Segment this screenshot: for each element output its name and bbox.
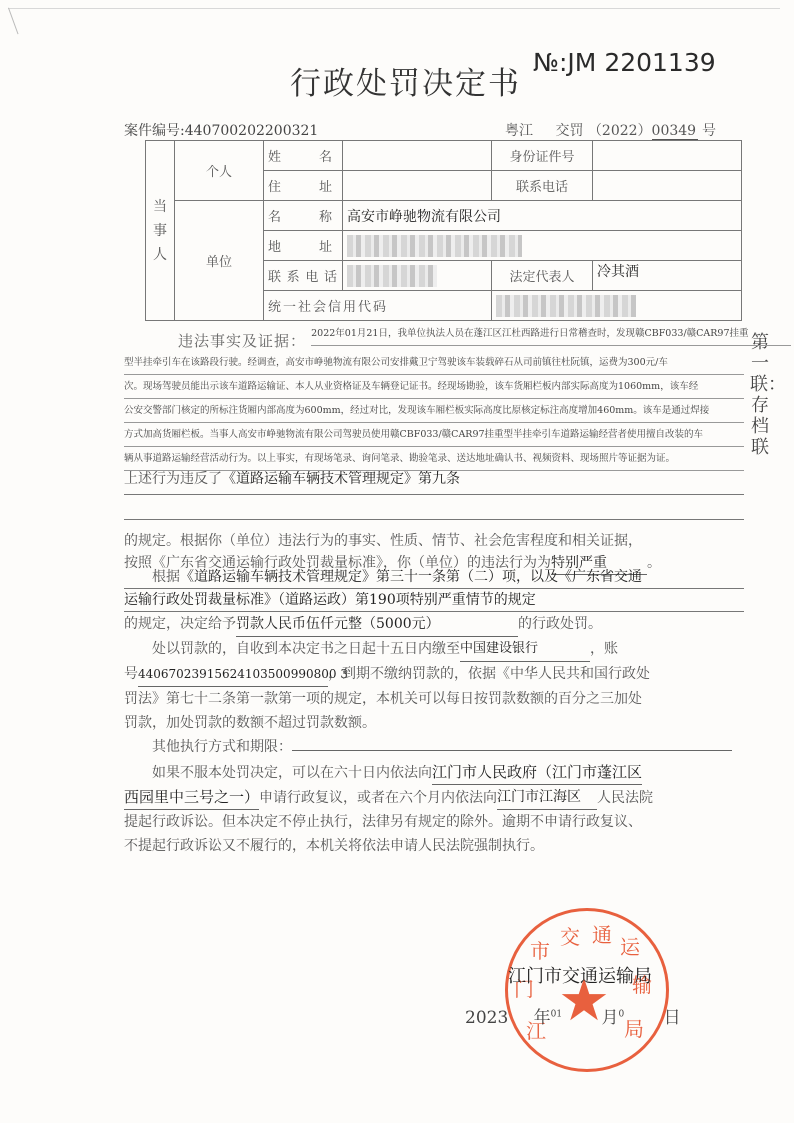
- party-group-label: 当事人: [146, 141, 175, 321]
- court-name: 江门市江海区: [497, 785, 597, 810]
- legal-rep-value: 冷其酒: [593, 261, 742, 291]
- individual-phone-label: 联系电话: [492, 171, 593, 201]
- case-number: 案件编号:440700202200321: [124, 120, 318, 140]
- case-number-value: 440700202200321: [185, 123, 319, 139]
- facts-line: 2022年01月21日，我单位执法人员在蓬江区江杜西路进行日常稽查时，发现赣CB…: [311, 322, 791, 346]
- ref-number: 00349: [652, 123, 698, 140]
- redacted-address: [347, 235, 522, 257]
- penalty-decision: 罚款人民币伍仟元整（5000元）: [236, 612, 518, 637]
- document-title: 行政处罚决定书: [290, 58, 521, 103]
- issuing-organization: 江门市交通运输局: [508, 962, 652, 988]
- serial-number: №:JM 2201139: [533, 48, 716, 77]
- violation-section: 上述行为违反了《道路运输车辆技术管理规定》第九条 的规定。根据你（单位）违法行为…: [124, 468, 744, 575]
- facts-line: 次。现场驾驶员能出示该车道路运输证、本人从业资格证及车辆登记证书。经现场勘验，该…: [124, 375, 744, 399]
- individual-name-label: 姓 名: [264, 141, 343, 171]
- review-authority-address: 西园里中三号之一）: [124, 785, 259, 810]
- violation-text: 的规定。根据你（单位）违法行为的事实、性质、情节、社会危害程度和相关证据，: [124, 530, 744, 552]
- official-seal: 交 通 运 输 局 市 门 江 ★: [505, 908, 669, 1072]
- unit-name-label: 名 称: [264, 201, 343, 231]
- party-table: 当事人 个人 姓 名 身份证件号 住 址 联系电话 单位 名 称 高安市峥驰物流…: [145, 140, 742, 321]
- redacted-credit-code: [496, 295, 636, 317]
- facts-section: 违法事实及证据： 2022年01月21日，我单位执法人员在蓬江区江杜西路进行日常…: [124, 322, 744, 471]
- individual-phone-value: [593, 171, 742, 201]
- other-execution-value: [292, 750, 732, 751]
- copy-label: 第一联：存档联: [750, 332, 770, 458]
- credit-code-value: [492, 291, 742, 321]
- credit-code-label: 统一社会信用代码: [264, 291, 492, 321]
- ref-middle: 交罚: [555, 123, 583, 139]
- penalty-basis: 《道路运输车辆技术管理规定》第三十一条第（二）项，以及《广东省交通: [180, 569, 642, 585]
- unit-label: 单位: [175, 201, 264, 321]
- facts-line: 型半挂牵引车在该路段行驶。经调查，高安市峥驰物流有限公司安排戴卫宁驾驶该车装载碎…: [124, 351, 744, 375]
- issue-date: 2023 年01 月0 日: [465, 1003, 681, 1028]
- facts-line: 公安交警部门核定的所标注货厢内部高度为600mm，经过对比，发现该车厢栏板实际高…: [124, 399, 744, 423]
- individual-address-value: [343, 171, 492, 201]
- unit-phone-value: [343, 261, 492, 291]
- individual-id-label: 身份证件号: [492, 141, 593, 171]
- penalty-section: 根据《道路运输车辆技术管理规定》第三十一条第（二）项，以及《广东省交通 运输行政…: [124, 566, 744, 759]
- penalty-basis-2: 运输行政处罚裁量标准》（道路运政）第190项特别严重情节的规定: [124, 589, 744, 612]
- unit-address-value: [343, 231, 742, 261]
- facts-label: 违法事实及证据：: [178, 332, 306, 350]
- appeal-section: 如果不服本处罚决定，可以在六十日内依法向江门市人民政府（江门市蓬江区 西园里中三…: [124, 760, 744, 858]
- unit-address-label: 地 址: [264, 231, 343, 261]
- paper-fold: [8, 8, 19, 35]
- individual-label: 个人: [175, 141, 264, 201]
- redacted-phone: [347, 265, 437, 287]
- ref-suffix: 号: [702, 123, 716, 139]
- bank-name: 中国建设银行: [460, 637, 590, 662]
- legal-rep-label: 法定代表人: [492, 261, 593, 291]
- ref-year: （2022）: [588, 123, 652, 139]
- account-number: 44067023915624103500990800 3: [138, 662, 328, 687]
- blank-line: [124, 495, 744, 520]
- other-execution-label: 其他执行方式和期限：: [152, 739, 292, 755]
- individual-name-value: [343, 141, 492, 171]
- review-authority: 江门市人民政府（江门市蓬江区: [432, 760, 642, 785]
- individual-id-value: [593, 141, 742, 171]
- facts-line: 方式加高货厢栏板。当事人高安市峥驰物流有限公司驾驶员使用赣CBF033/赣CAR…: [124, 423, 744, 447]
- violation-prefix: 上述行为违反了: [124, 471, 222, 487]
- individual-address-label: 住 址: [264, 171, 343, 201]
- unit-name-value: 高安市峥驰物流有限公司: [343, 201, 742, 231]
- paper-edge: [8, 8, 780, 9]
- case-number-label: 案件编号:: [124, 123, 185, 139]
- document-reference: 粤江 交罚 （2022）00349 号: [505, 120, 716, 141]
- unit-phone-label: 联系电话: [264, 261, 343, 291]
- ref-prefix: 粤江: [505, 120, 551, 141]
- violated-regulation: 《道路运输车辆技术管理规定》第九条: [222, 471, 460, 487]
